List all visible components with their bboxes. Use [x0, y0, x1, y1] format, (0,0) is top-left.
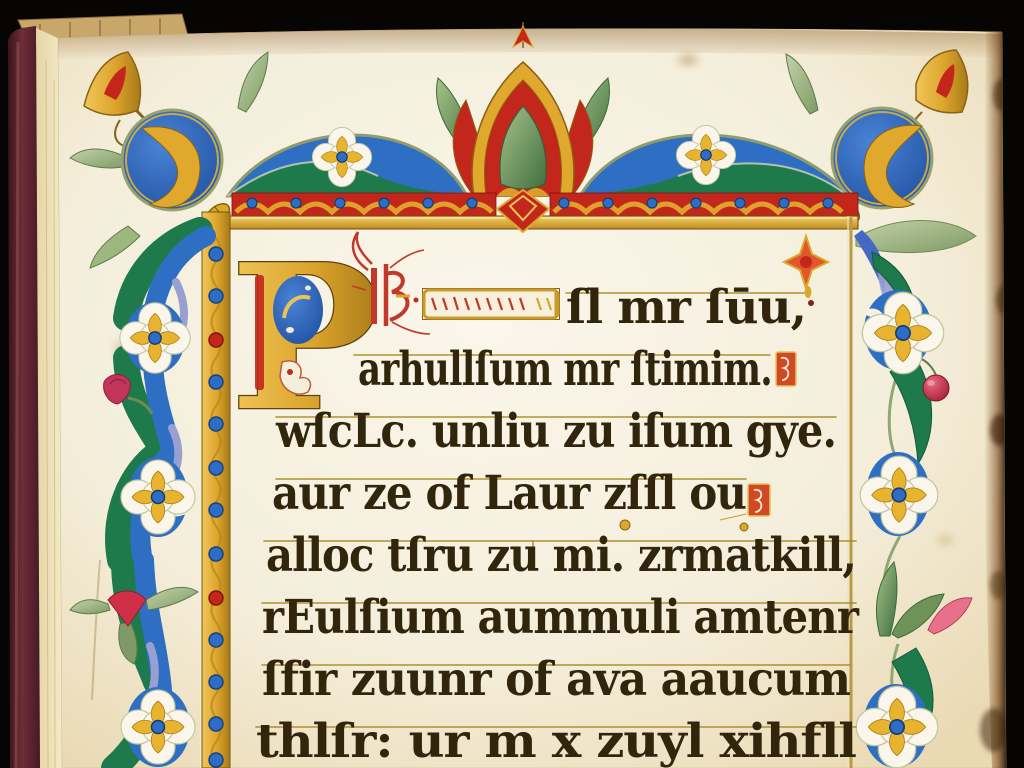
manuscript-line: aur ze of Laur zſſl ou	[272, 466, 746, 521]
gold-rosette-dot	[740, 523, 748, 531]
manuscript-line: thlſr: ur m x zuyl xihfll	[256, 714, 856, 768]
manuscript-line: alloc tſru zu mi. zrmatkill,	[266, 528, 856, 583]
rubric-microtext-band	[423, 289, 560, 320]
versal-block	[776, 352, 796, 386]
initial-red-stripe	[255, 275, 264, 390]
left-gold-bar	[201, 212, 231, 768]
manuscript-line: wſcLc. unliu zu iſum gye.	[275, 404, 836, 459]
book-spine	[8, 26, 40, 768]
text-block: P	[230, 221, 860, 768]
manuscript-line: rEulſium aummuli amtenr	[262, 590, 860, 645]
spine-highlight	[16, 42, 18, 768]
manuscript-line: ſl mr ſūu,	[566, 280, 806, 335]
gold-rosette-dot	[620, 520, 630, 530]
manuscript-line: arhullſum mr ſtimim.	[358, 342, 772, 397]
manuscript-photo: P	[0, 0, 1024, 768]
manuscript-line: ſfir zuunr of ava aaucum	[262, 652, 850, 707]
manuscript-scene: P	[0, 0, 1024, 768]
initial-blue-disc	[273, 276, 323, 344]
